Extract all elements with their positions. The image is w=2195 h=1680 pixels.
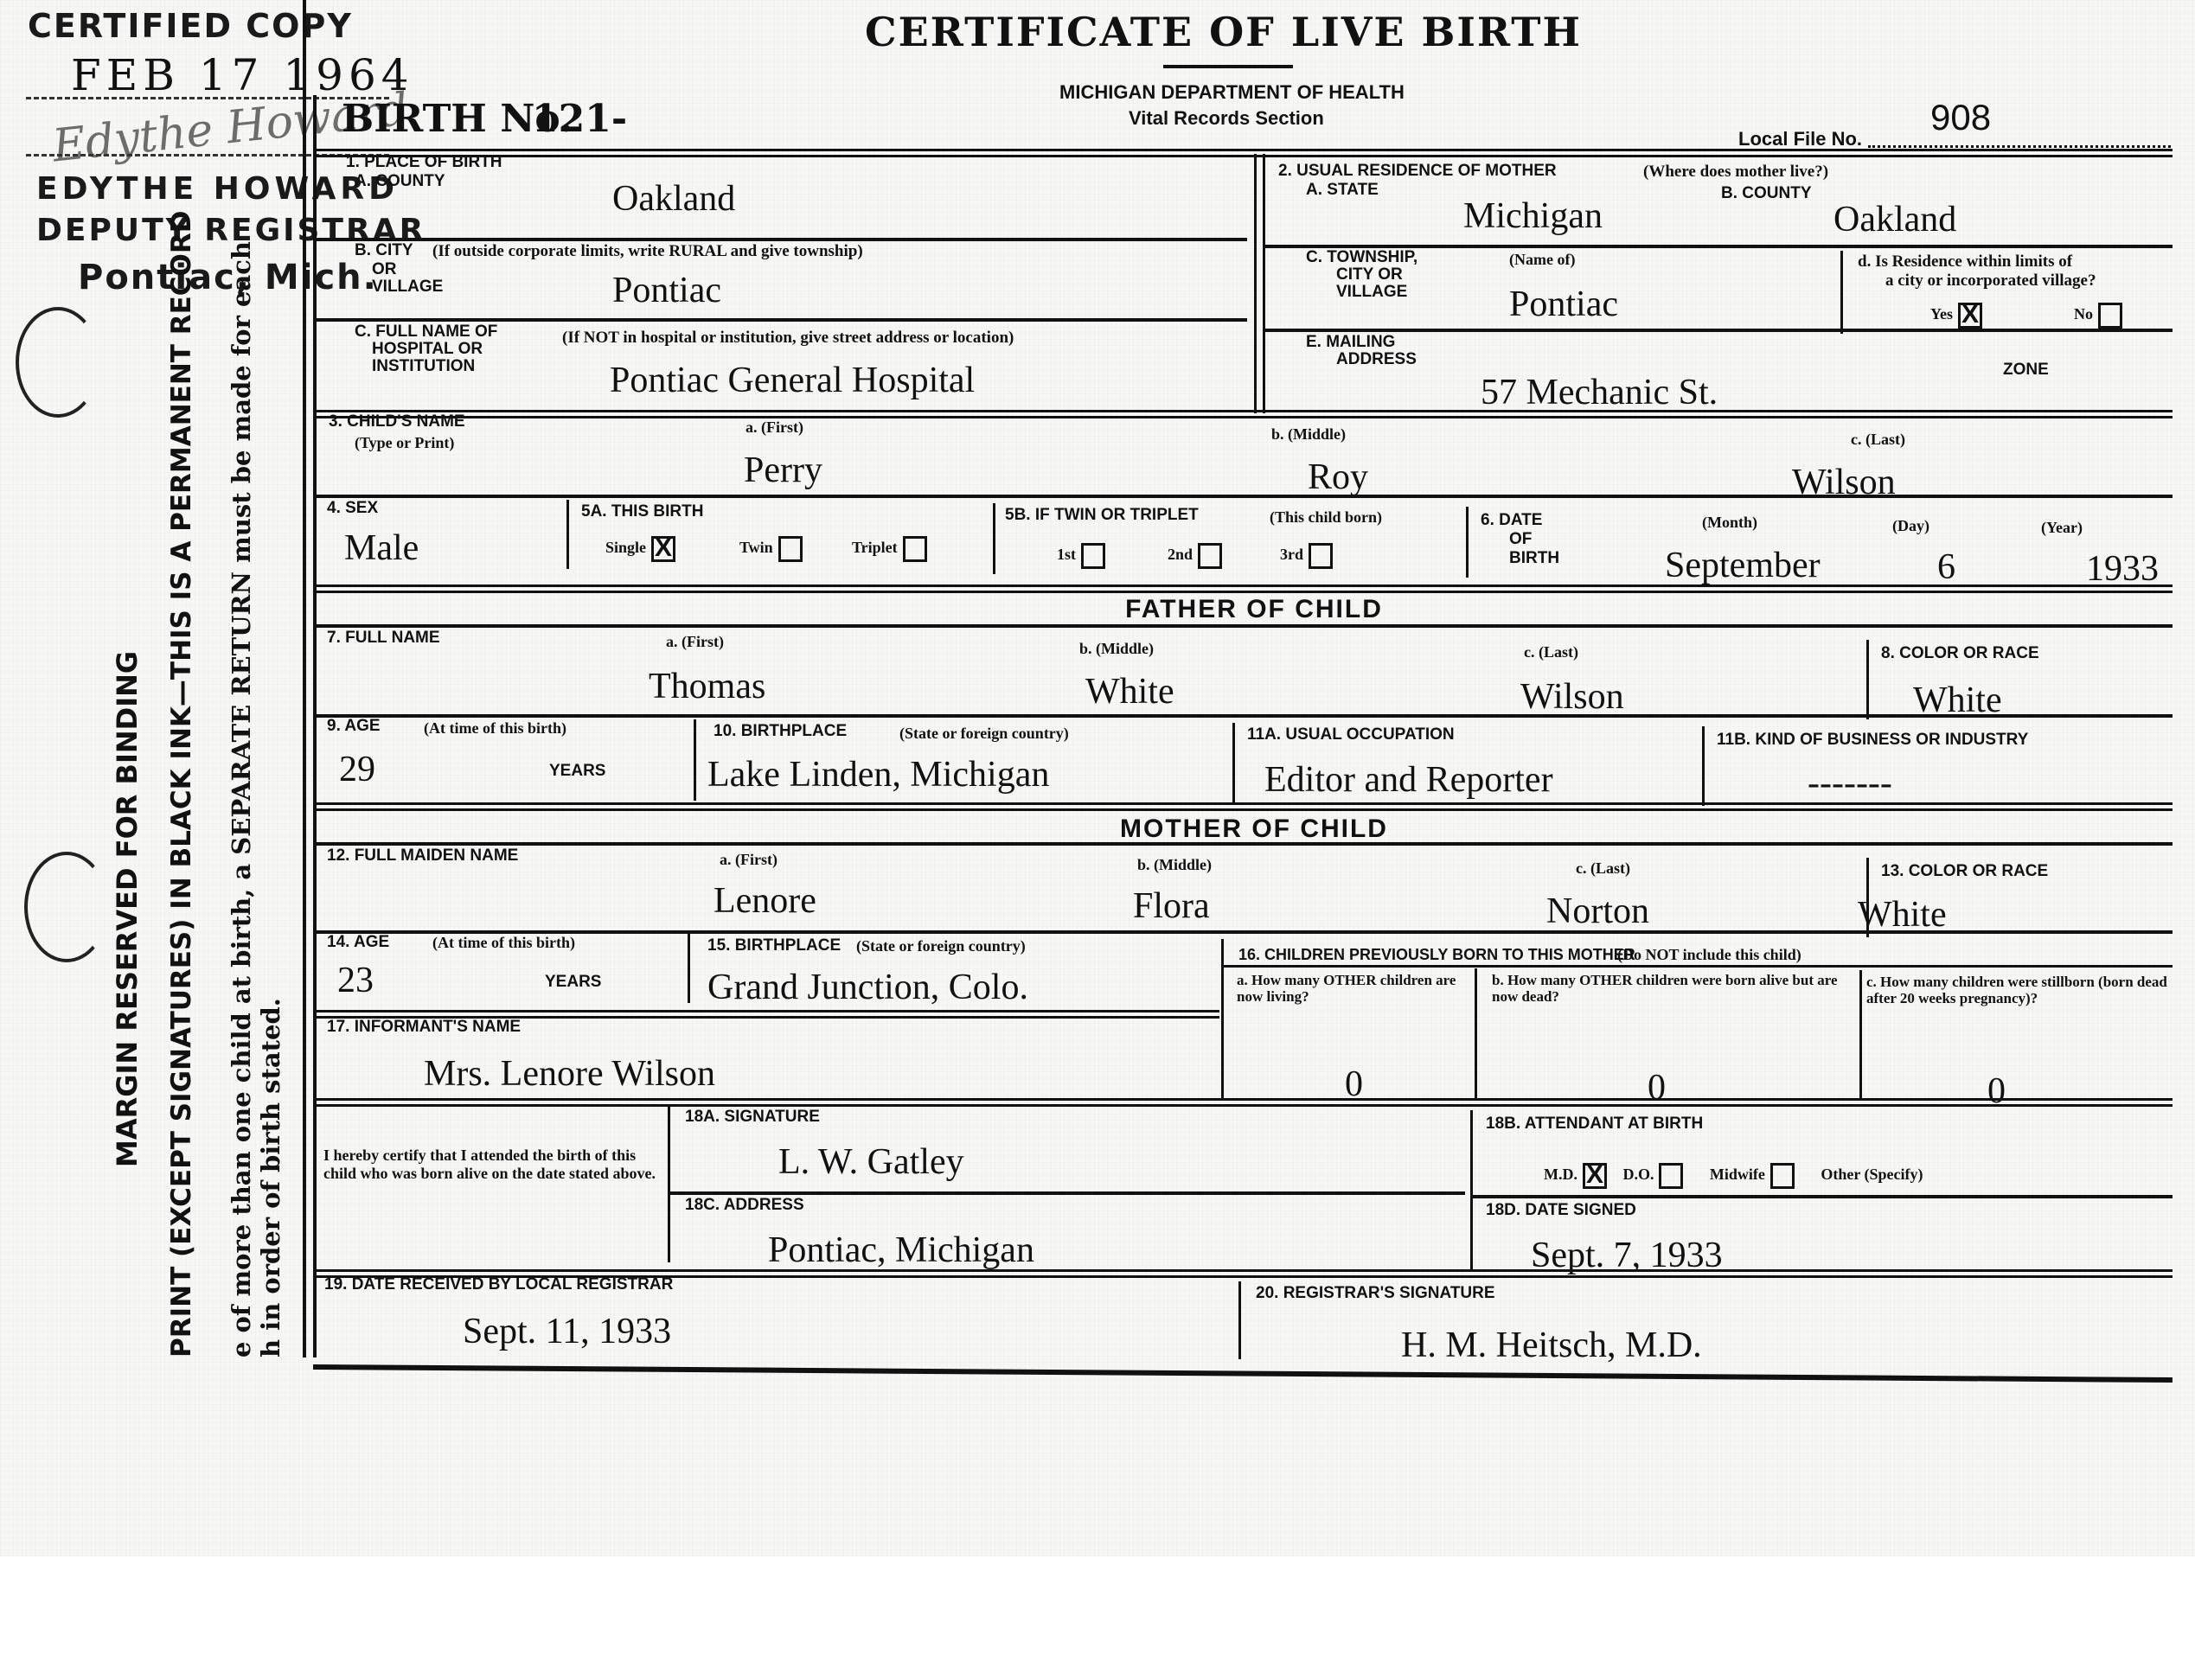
- father-last-label: c. (Last): [1524, 643, 1578, 661]
- physician-address-value: Pontiac, Michigan: [768, 1230, 1034, 1271]
- rule: [313, 802, 2173, 811]
- birth-no-value: 121-: [532, 97, 627, 141]
- physician-signature-value: L. W. Gatley: [778, 1141, 964, 1183]
- city-note: (If outside corporate limits, write RURA…: [432, 242, 863, 261]
- child-first-value: Perry: [744, 450, 822, 491]
- child-last-label: c. (Last): [1851, 431, 1905, 449]
- rule: [1472, 1195, 2173, 1198]
- mother-race-label: 13. COLOR OR RACE: [1881, 863, 2048, 880]
- mother-age-label: 14. AGE: [327, 934, 389, 951]
- no-label: No: [2074, 305, 2093, 323]
- mother-years-label: YEARS: [545, 974, 601, 991]
- md-label: M.D.: [1544, 1166, 1577, 1183]
- midwife-checkbox[interactable]: [1770, 1163, 1795, 1189]
- rule: [1223, 965, 2173, 968]
- column-divider: [1254, 154, 1257, 413]
- father-race-label: 8. COLOR OR RACE: [1881, 645, 2039, 662]
- single-label: Single: [605, 539, 646, 556]
- children-dead-label: b. How many OTHER children were born ali…: [1492, 972, 1855, 1005]
- place-of-birth-label: 1. PLACE OF BIRTH: [346, 154, 502, 171]
- father-age-label: 9. AGE: [327, 718, 381, 735]
- yes-checkbox[interactable]: [1958, 303, 1982, 329]
- margin-binding-note: MARGIN RESERVED FOR BINDING: [111, 651, 144, 1167]
- township-label: c. TOWNSHIP,: [1306, 249, 1417, 266]
- registrar-signature-value: H. M. Heitsch, M.D.: [1401, 1325, 1702, 1366]
- physician-address-label: 18c. ADDRESS: [685, 1197, 804, 1214]
- residence-note: (Where does mother live?): [1643, 163, 1828, 182]
- residence-state-label: a. STATE: [1306, 182, 1379, 199]
- column-divider: [1263, 154, 1265, 413]
- column-divider: [1866, 640, 1869, 719]
- father-business-label: 11b. KIND OF BUSINESS OR INDUSTRY: [1717, 731, 2028, 749]
- column-divider: [1470, 1110, 1473, 1271]
- column-divider: [1238, 1281, 1241, 1359]
- margin-separate-return-note: e of more than one child at birth, a SEP…: [227, 241, 256, 1357]
- attendant-label: 18b. ATTENDANT AT BIRTH: [1486, 1115, 1703, 1133]
- triplet-checkbox[interactable]: [903, 536, 927, 562]
- attendant-midwife-option[interactable]: Midwife: [1710, 1168, 1795, 1183]
- born-first-checkbox[interactable]: [1081, 543, 1105, 569]
- hospital-label: c. FULL NAME OF: [355, 323, 497, 341]
- informant-label: 17. INFORMANT'S NAME: [327, 1019, 521, 1036]
- column-divider: [668, 1107, 670, 1262]
- rule: [313, 714, 2173, 718]
- hospital-label-2: HOSPITAL OR: [372, 341, 483, 358]
- mother-birthplace-label: 15. BIRTHPLACE: [707, 937, 841, 955]
- binding-hole-icon: [16, 307, 100, 418]
- within-limits-label-2: a city or incorporated village?: [1885, 271, 2096, 291]
- certificate-title: CERTIFICATE OF LIVE BIRTH: [865, 9, 1582, 55]
- twin-triplet-label: 5b. IF TWIN OR TRIPLET: [1005, 507, 1199, 524]
- mother-birthplace-note: (State or foreign country): [856, 937, 1026, 955]
- birth-county-value: Oakland: [612, 178, 735, 220]
- date-signed-label: 18d. DATE SIGNED: [1486, 1202, 1636, 1219]
- date-received-value: Sept. 11, 1933: [463, 1311, 671, 1352]
- no-checkbox[interactable]: [2098, 303, 2122, 329]
- triplet-label: Triplet: [852, 539, 898, 556]
- mother-last-label: c. (Last): [1576, 859, 1630, 878]
- father-middle-value: White: [1085, 671, 1174, 712]
- dob-day-value: 6: [1937, 546, 1955, 588]
- zone-label: ZONE: [2003, 361, 2049, 379]
- dob-day-label: (Day): [1892, 517, 1929, 535]
- rule: [313, 624, 2173, 628]
- registrar-signature-label: 20. REGISTRAR'S SIGNATURE: [1256, 1285, 1495, 1302]
- dob-month-label: (Month): [1702, 514, 1757, 532]
- father-age-value: 29: [339, 749, 375, 790]
- twin-triplet-note: (This child born): [1270, 508, 1382, 527]
- department-name: MICHIGAN DEPARTMENT OF HEALTH: [1059, 81, 1405, 104]
- father-age-note: (At time of this birth): [424, 719, 566, 738]
- children-living-label: a. How many OTHER children are now livin…: [1237, 972, 1469, 1005]
- attendant-options: M.D. D.O. Midwife Other (Specify): [1544, 1163, 1923, 1189]
- single-option[interactable]: Single: [605, 536, 675, 562]
- within-limits-label: d. Is Residence within limits of: [1858, 252, 2072, 271]
- informant-value: Mrs. Lenore Wilson: [424, 1053, 715, 1095]
- form-left-border: [303, 0, 306, 1357]
- born-first-option[interactable]: 1st: [1057, 543, 1105, 569]
- rule: [1264, 329, 2173, 332]
- born-second-checkbox[interactable]: [1198, 543, 1222, 569]
- mother-section-title: MOTHER OF CHILD: [951, 814, 1557, 844]
- column-divider: [1702, 726, 1705, 806]
- residence-state-value: Michigan: [1463, 195, 1603, 237]
- sex-label: 4. SEX: [327, 500, 378, 517]
- mother-last-value: Norton: [1546, 891, 1649, 932]
- midwife-label: Midwife: [1710, 1166, 1765, 1183]
- local-file-value: 908: [1930, 97, 1991, 138]
- rule: [313, 410, 2173, 418]
- attendant-md-option[interactable]: M.D.: [1544, 1168, 1607, 1183]
- city-label: b. CITY: [355, 242, 413, 259]
- father-first-label: a. (First): [666, 633, 724, 651]
- attendant-do-option[interactable]: D.O.: [1622, 1168, 1683, 1183]
- rule: [313, 930, 2173, 934]
- mother-middle-label: b. (Middle): [1137, 856, 1212, 874]
- city-or-label: OR: [372, 261, 397, 278]
- father-occupation-label: 11a. USUAL OCCUPATION: [1247, 726, 1455, 744]
- margin-ink-note: PRINT (EXCEPT SIGNATURES) IN BLACK INK—T…: [166, 211, 197, 1357]
- child-middle-value: Roy: [1308, 457, 1368, 498]
- rule: [313, 495, 2173, 498]
- born-third-label: 3rd: [1280, 546, 1303, 563]
- children-stillborn-label: c. How many children were stillborn (bor…: [1866, 974, 2169, 1006]
- column-divider: [1221, 939, 1224, 1098]
- certification-statement: I hereby certify that I attended the bir…: [323, 1147, 656, 1183]
- column-divider: [566, 500, 569, 569]
- mother-middle-value: Flora: [1133, 885, 1210, 927]
- rule: [313, 238, 1247, 241]
- physician-signature-label: 18a. SIGNATURE: [685, 1108, 820, 1126]
- dob-label-3: BIRTH: [1509, 550, 1559, 567]
- header-rule: [313, 149, 2173, 157]
- within-limits-yes[interactable]: Yes: [1930, 303, 1982, 329]
- mailing-label-2: ADDRESS: [1336, 351, 1417, 368]
- father-birthplace-value: Lake Linden, Michigan: [707, 754, 1049, 795]
- do-label: D.O.: [1622, 1166, 1654, 1183]
- within-limits-no[interactable]: No: [2074, 303, 2122, 329]
- child-first-label: a. (First): [746, 418, 803, 437]
- child-name-note: (Type or Print): [355, 434, 454, 452]
- rule: [669, 1191, 1465, 1195]
- date-received-label: 19. DATE RECEIVED BY LOCAL REGISTRAR: [324, 1276, 673, 1294]
- mother-birthplace-value: Grand Junction, Colo.: [707, 967, 1028, 1008]
- child-name-label: 3. CHILD'S NAME: [329, 413, 465, 431]
- twin-checkbox[interactable]: [778, 536, 803, 562]
- residence-county-label: b. COUNTY: [1721, 185, 1812, 202]
- father-middle-label: b. (Middle): [1079, 640, 1154, 658]
- rule: [313, 584, 2173, 593]
- township-label-3: VILLAGE: [1336, 284, 1407, 301]
- birth-city-value: Pontiac: [612, 270, 721, 311]
- township-name-of: (Name of): [1509, 251, 1575, 269]
- city-village-label: VILLAGE: [372, 278, 443, 296]
- father-business-value: -------: [1808, 763, 1892, 804]
- twin-option[interactable]: Twin: [739, 536, 803, 562]
- hospital-note: (If NOT in hospital or institution, give…: [562, 329, 1014, 348]
- born-third-checkbox[interactable]: [1309, 543, 1333, 569]
- yes-label: Yes: [1930, 305, 1953, 323]
- column-divider: [1475, 968, 1477, 1098]
- rule: [313, 318, 1247, 322]
- born-second-label: 2nd: [1168, 546, 1193, 563]
- father-occupation-value: Editor and Reporter: [1264, 759, 1553, 801]
- father-years-label: YEARS: [549, 763, 605, 780]
- dob-label: 6. DATE: [1481, 512, 1542, 529]
- mailing-label: e. MAILING: [1306, 334, 1395, 351]
- father-section-title: FATHER OF CHILD: [951, 595, 1557, 624]
- section-name: Vital Records Section: [1129, 107, 1324, 130]
- twin-label: Twin: [739, 539, 773, 556]
- county-label: a. COUNTY: [355, 173, 445, 190]
- margin-order-note: h in order of birth stated.: [256, 998, 285, 1357]
- dob-year-label: (Year): [2041, 519, 2083, 537]
- residence-label: 2. USUAL RESIDENCE OF MOTHER: [1278, 163, 1557, 180]
- single-checkbox[interactable]: [651, 536, 675, 562]
- dob-year-value: 1933: [2086, 548, 2159, 590]
- mother-maiden-name-label: 12. FULL MAIDEN NAME: [327, 847, 518, 865]
- father-birthplace-note: (State or foreign country): [899, 725, 1069, 743]
- child-middle-label: b. (Middle): [1271, 425, 1346, 444]
- hospital-value: Pontiac General Hospital: [610, 360, 975, 401]
- children-born-note: (Do NOT include this child): [1617, 946, 1801, 964]
- column-divider: [1466, 507, 1469, 578]
- mother-age-note: (At time of this birth): [432, 934, 575, 952]
- stamp-registrar-name: EDYTHE HOWARD: [36, 171, 399, 207]
- title-rule: [1163, 65, 1293, 68]
- column-divider: [1859, 970, 1862, 1100]
- column-divider: [1840, 251, 1843, 334]
- binding-hole-icon: [24, 852, 109, 962]
- do-checkbox[interactable]: [1659, 1163, 1683, 1189]
- triplet-option[interactable]: Triplet: [852, 536, 927, 562]
- hospital-label-3: INSTITUTION: [372, 358, 475, 375]
- column-divider: [993, 503, 995, 574]
- attendant-other-label: Other (Specify): [1821, 1166, 1923, 1183]
- father-last-value: Wilson: [1520, 676, 1624, 718]
- township-label-2: CITY OR: [1336, 266, 1403, 284]
- father-name-label: 7. FULL NAME: [327, 629, 440, 647]
- township-value: Pontiac: [1509, 284, 1618, 325]
- column-divider: [694, 719, 696, 801]
- form-left-border-inner: [313, 95, 317, 1357]
- father-birthplace-label: 10. BIRTHPLACE: [714, 723, 847, 740]
- page-bottom-margin: [0, 1556, 2195, 1680]
- residence-county-value: Oakland: [1833, 199, 1956, 240]
- mailing-address-value: 57 Mechanic St.: [1481, 372, 1718, 413]
- dob-month-value: September: [1665, 545, 1821, 586]
- local-file-label: Local File No.: [1738, 128, 1862, 150]
- father-first-value: Thomas: [649, 666, 765, 707]
- column-divider: [1232, 723, 1235, 804]
- mother-race-value: White: [1858, 894, 1947, 936]
- born-second-option[interactable]: 2nd: [1168, 543, 1222, 569]
- mother-age-value: 23: [337, 960, 374, 1001]
- mother-first-value: Lenore: [714, 880, 816, 922]
- sex-value: Male: [344, 527, 419, 569]
- this-birth-label: 5a. THIS BIRTH: [581, 503, 703, 521]
- born-first-label: 1st: [1057, 546, 1076, 563]
- column-divider: [688, 934, 690, 1003]
- rule: [313, 842, 2173, 846]
- md-checkbox[interactable]: [1583, 1163, 1607, 1189]
- children-born-label: 16. CHILDREN PREVIOUSLY BORN TO THIS MOT…: [1238, 946, 1635, 963]
- dob-label-2: OF: [1509, 531, 1532, 548]
- rule: [313, 1098, 2173, 1107]
- born-third-option[interactable]: 3rd: [1280, 543, 1333, 569]
- local-file-dotted-line: [1868, 145, 2171, 148]
- mother-first-label: a. (First): [720, 851, 778, 869]
